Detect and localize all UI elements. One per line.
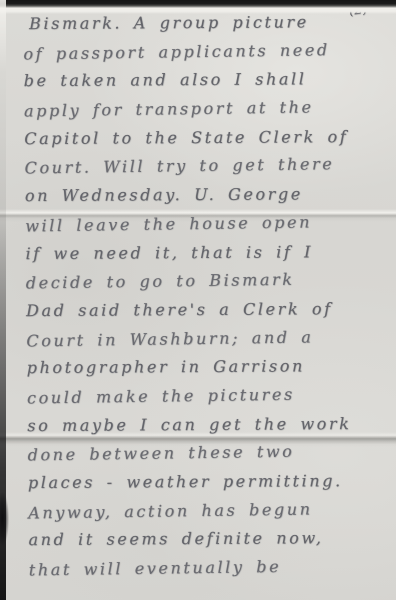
handwritten-line: Court. Will try to get there <box>24 150 380 184</box>
handwritten-line: so maybe I can get the work <box>27 410 383 441</box>
handwritten-line: and it seems definite now, <box>28 524 384 555</box>
handwritten-line: apply for transport at the <box>24 93 380 127</box>
handwritten-line: Court in Washburn; and a <box>26 322 382 356</box>
handwritten-line: could make the pictures <box>27 379 383 413</box>
scan-left-edge-blob <box>0 492 9 546</box>
handwritten-line: be taken and also I shall <box>24 65 380 96</box>
handwritten-line: on Wednesday. U. George <box>25 180 381 211</box>
handwritten-line: of passport applicants need <box>23 35 379 69</box>
scan-top-edge-artifact <box>0 0 396 14</box>
handwritten-line: done between these two <box>27 437 383 471</box>
handwritten-line: Anyway, action has begun <box>28 494 384 528</box>
handwritten-line: will leave the house open <box>25 207 381 241</box>
handwritten-line: Capitol to the State Clerk of <box>24 123 380 154</box>
handwritten-line: places - weather permitting. <box>28 467 384 498</box>
handwritten-line: photographer in Garrison <box>27 352 383 383</box>
letter-page-scan: Bismark. A group picture of passport app… <box>0 0 396 600</box>
handwritten-line: decide to go to Bismark <box>26 265 382 299</box>
handwritten-text-block: Bismark. A group picture of passport app… <box>23 7 385 584</box>
handwritten-line: that will eventually be <box>29 552 385 586</box>
handwritten-line: if we need it, that is if I <box>25 237 381 268</box>
handwritten-line: Dad said there's a Clerk of <box>26 295 382 326</box>
